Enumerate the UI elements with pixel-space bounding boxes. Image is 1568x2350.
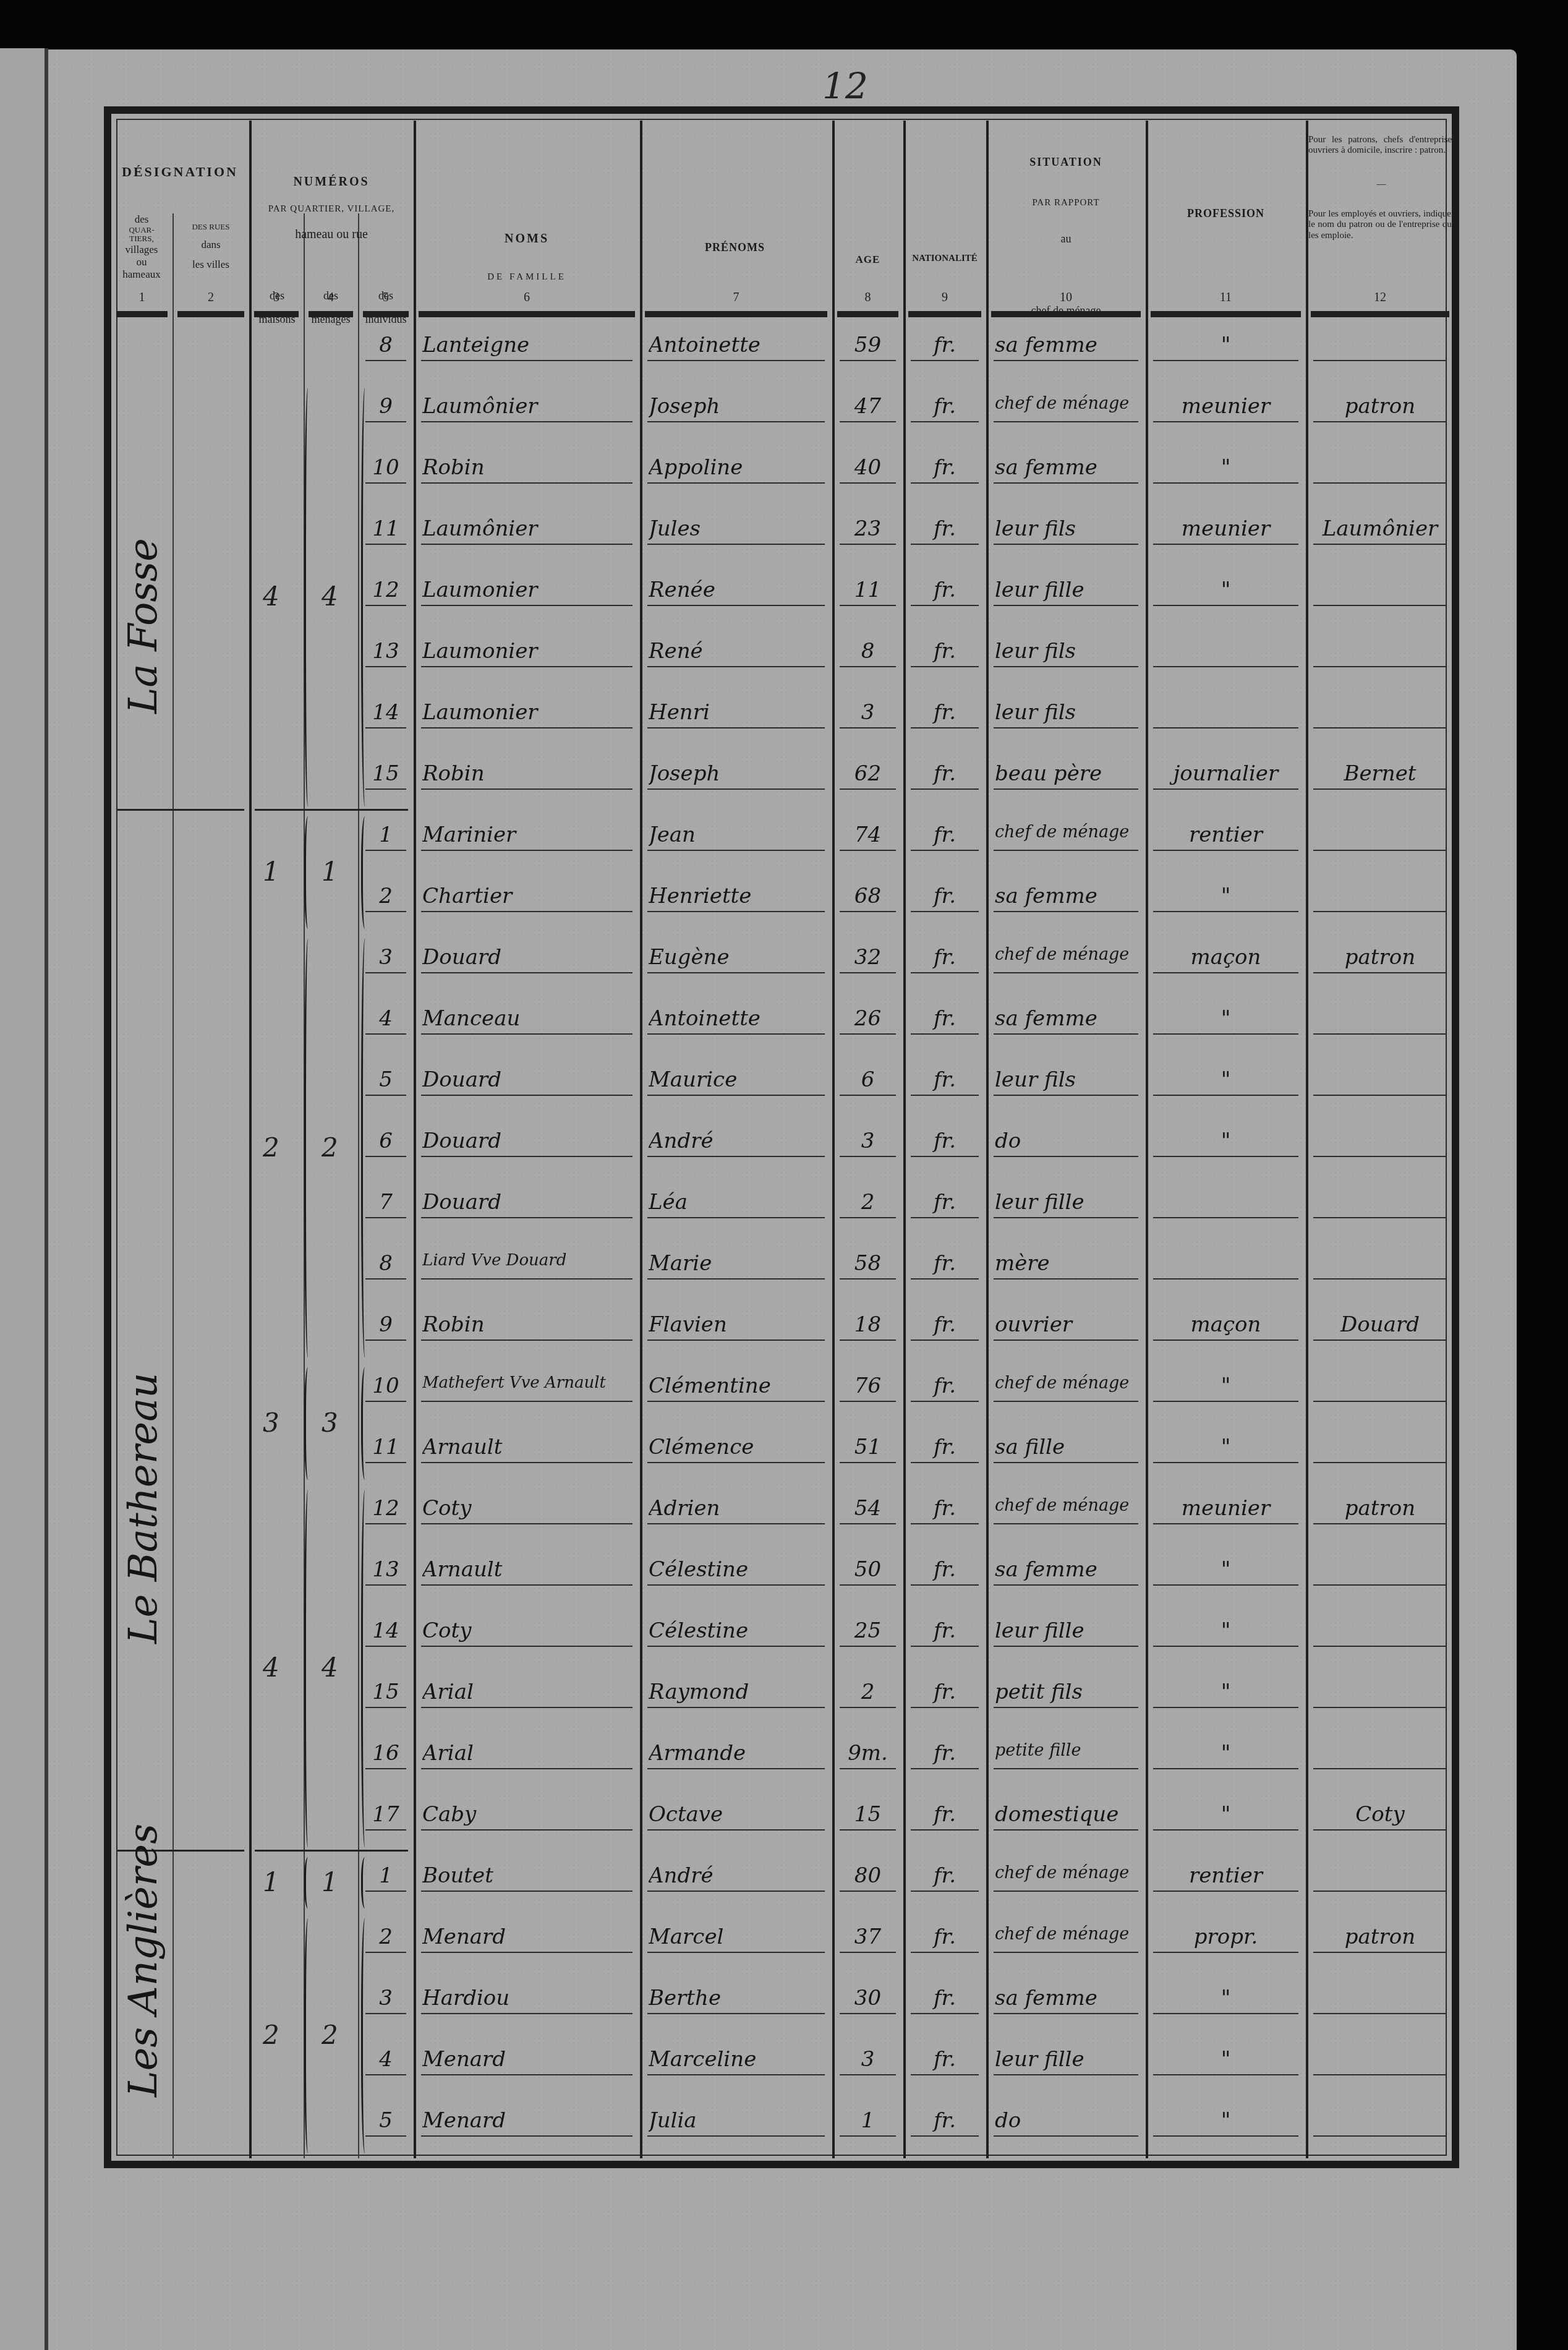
entry-line <box>647 1523 825 1524</box>
cell-prenom: Appoline <box>649 455 824 480</box>
column-number: 4 <box>304 291 358 305</box>
entry-line <box>1313 1462 1447 1463</box>
entry-line <box>1313 605 1447 606</box>
entry-line <box>911 1156 979 1157</box>
entry-line <box>1153 972 1298 973</box>
cell-n: 13 <box>367 639 405 664</box>
cell-nom: Douard <box>422 945 631 970</box>
header-numeros-sub1: PAR QUARTIER, VILLAGE, <box>250 204 412 215</box>
entry-line <box>421 1401 633 1402</box>
cell-age: 80 <box>841 1863 895 1888</box>
cell-patron: patron <box>1314 945 1446 970</box>
cell-situation: chef de ménage <box>995 945 1137 964</box>
entry-line <box>840 1278 896 1280</box>
entry-line <box>1313 2013 1447 2014</box>
cell-prenom: Octave <box>649 1802 824 1827</box>
column-rule <box>414 121 416 2158</box>
cell-nom: Arnault <box>422 1435 631 1459</box>
cell-age: 30 <box>841 1986 895 2010</box>
cell-situation: ouvrier <box>995 1312 1137 1337</box>
entry-line <box>1153 850 1298 851</box>
entry-line <box>994 1768 1138 1769</box>
cell-nat: fr. <box>912 1925 978 1949</box>
entry-line <box>365 1156 406 1157</box>
cell-nom: Arnault <box>422 1557 631 1582</box>
entry-line <box>994 1339 1138 1341</box>
cell-profession: " <box>1154 1802 1297 1827</box>
entry-line <box>647 360 825 361</box>
menages-count: 2 <box>322 2020 338 2050</box>
header-rule <box>116 311 168 317</box>
header-rule <box>363 311 409 317</box>
cell-age: 11 <box>841 578 895 602</box>
entry-line <box>421 1646 633 1647</box>
cell-nat: fr. <box>912 333 978 357</box>
entry-line <box>421 1033 633 1035</box>
cell-nat: fr. <box>912 1435 978 1459</box>
cell-profession: meunier <box>1154 1496 1297 1521</box>
entry-line <box>994 972 1138 973</box>
cell-profession: " <box>1154 1067 1297 1092</box>
cell-nat: fr. <box>912 1067 978 1092</box>
cell-age: 15 <box>841 1802 895 1827</box>
cell-nat: fr. <box>912 1680 978 1704</box>
entry-line <box>840 1707 896 1708</box>
cell-n: 8 <box>367 333 405 357</box>
entry-line <box>647 544 825 545</box>
maisons-count: 4 <box>263 581 279 612</box>
entry-line <box>840 2013 896 2014</box>
cell-nom: Arial <box>422 1680 631 1704</box>
menages-brace-icon <box>361 1918 370 2153</box>
entry-line <box>994 360 1138 361</box>
cell-profession: propr. <box>1154 1925 1297 1949</box>
cell-situation: leur fils <box>995 516 1137 541</box>
cell-n: 11 <box>367 516 405 541</box>
cell-nat: fr. <box>912 1312 978 1337</box>
cell-nom: Coty <box>422 1618 631 1643</box>
cell-prenom: Renée <box>649 578 824 602</box>
entry-line <box>840 1768 896 1769</box>
entry-line <box>365 482 406 484</box>
entry-line <box>840 1033 896 1035</box>
entry-line <box>647 2074 825 2075</box>
entry-line <box>365 1339 406 1341</box>
cell-prenom: Antoinette <box>649 333 824 357</box>
entry-line <box>1313 1156 1447 1157</box>
entry-line <box>421 666 633 667</box>
cell-profession: maçon <box>1154 945 1297 970</box>
entry-line <box>365 2013 406 2014</box>
cell-n: 14 <box>367 700 405 725</box>
cell-patron: Douard <box>1314 1312 1446 1337</box>
cell-situation: leur fille <box>995 2047 1137 2072</box>
column-rule <box>640 121 642 2158</box>
cell-situation: sa femme <box>995 1557 1137 1582</box>
column-number: 8 <box>832 291 903 305</box>
cell-age: 18 <box>841 1312 895 1337</box>
cell-age: 40 <box>841 455 895 480</box>
cell-age: 37 <box>841 1925 895 1949</box>
entry-line <box>1153 360 1298 361</box>
entry-line <box>365 972 406 973</box>
entry-line <box>1153 1523 1298 1524</box>
cell-age: 62 <box>841 761 895 786</box>
cell-nom: Laumônier <box>422 516 631 541</box>
maisons-count: 3 <box>263 1408 279 1438</box>
entry-line <box>911 972 979 973</box>
menages-count: 2 <box>322 1132 338 1163</box>
cell-situation: chef de ménage <box>995 1496 1137 1515</box>
cell-n: 5 <box>367 2108 405 2133</box>
entry-line <box>421 850 633 851</box>
cell-situation: beau père <box>995 761 1137 786</box>
cell-nat: fr. <box>912 700 978 725</box>
cell-nat: fr. <box>912 1129 978 1153</box>
cell-nom: Liard Vve Douard <box>422 1251 631 1270</box>
entry-line <box>647 1891 825 1892</box>
cell-nat: fr. <box>912 1006 978 1031</box>
entry-line <box>994 1952 1138 1953</box>
entry-line <box>911 1095 979 1096</box>
entry-line <box>911 1707 979 1708</box>
column-rule <box>358 213 359 2158</box>
entry-line <box>840 727 896 728</box>
entry-line <box>647 1339 825 1341</box>
entry-line <box>365 421 406 422</box>
entry-line <box>994 1462 1138 1463</box>
entry-line <box>1153 1401 1298 1402</box>
entry-line <box>365 1584 406 1586</box>
cell-nom: Robin <box>422 455 631 480</box>
cell-nat: fr. <box>912 1496 978 1521</box>
cell-prenom: Joseph <box>649 394 824 419</box>
cell-profession: " <box>1154 1129 1297 1153</box>
cell-prenom: René <box>649 639 824 664</box>
entry-line <box>994 1033 1138 1035</box>
entry-line <box>1313 788 1447 790</box>
entry-line <box>365 1952 406 1953</box>
entry-line <box>365 1707 406 1708</box>
entry-line <box>840 1829 896 1831</box>
entry-line <box>1153 1462 1298 1463</box>
entry-line <box>647 727 825 728</box>
entry-line <box>421 605 633 606</box>
section-separator <box>255 809 408 811</box>
cell-n: 10 <box>367 455 405 480</box>
cell-nom: Mathefert Vve Arnault <box>422 1374 631 1392</box>
entry-line <box>911 1891 979 1892</box>
cell-age: 23 <box>841 516 895 541</box>
cell-profession: " <box>1154 2047 1297 2072</box>
entry-line <box>1153 2013 1298 2014</box>
entry-line <box>840 1339 896 1341</box>
entry-line <box>994 727 1138 728</box>
header-au: au <box>986 233 1146 246</box>
cell-age: 50 <box>841 1557 895 1582</box>
place-label: La Fosse <box>121 538 166 714</box>
cell-situation: leur fils <box>995 700 1137 725</box>
entry-line <box>365 788 406 790</box>
cell-profession: journalier <box>1154 761 1297 786</box>
column-number: 6 <box>414 291 640 305</box>
entry-line <box>1153 1278 1298 1280</box>
entry-line <box>840 2074 896 2075</box>
entry-line <box>911 1584 979 1586</box>
entry-line <box>647 1646 825 1647</box>
header-nationalite: NATIONALITÉ <box>903 254 986 264</box>
cell-nat: fr. <box>912 455 978 480</box>
entry-line <box>1153 1768 1298 1769</box>
cell-n: 13 <box>367 1557 405 1582</box>
entry-line <box>647 1829 825 1831</box>
cell-situation: petite fille <box>995 1741 1137 1760</box>
entry-line <box>647 482 825 484</box>
cell-profession: " <box>1154 1618 1297 1643</box>
entry-line <box>421 911 633 912</box>
cell-prenom: Flavien <box>649 1312 824 1337</box>
entry-line <box>994 1707 1138 1708</box>
cell-nom: Marinier <box>422 822 631 847</box>
cell-n: 14 <box>367 1618 405 1643</box>
cell-age: 25 <box>841 1618 895 1643</box>
section-separator <box>117 809 244 811</box>
entry-line <box>365 1401 406 1402</box>
cell-situation: sa femme <box>995 884 1137 908</box>
cell-profession: " <box>1154 455 1297 480</box>
header-rule <box>645 311 827 317</box>
cell-patron: patron <box>1314 1496 1446 1521</box>
entry-line <box>421 2013 633 2014</box>
entry-line <box>647 1707 825 1708</box>
entry-line <box>1313 360 1447 361</box>
cell-age: 8 <box>841 639 895 664</box>
entry-line <box>421 1217 633 1218</box>
menages-brace-icon <box>361 388 370 806</box>
entry-line <box>994 482 1138 484</box>
cell-prenom: Célestine <box>649 1618 824 1643</box>
cell-age: 59 <box>841 333 895 357</box>
column-number: 9 <box>903 291 986 305</box>
entry-line <box>840 1401 896 1402</box>
cell-situation: mère <box>995 1251 1137 1276</box>
entry-line <box>840 605 896 606</box>
cell-profession: meunier <box>1154 516 1297 541</box>
header-col12-patrons: Pour les patrons, chefs d'entreprise, ou… <box>1308 135 1454 156</box>
menages-brace-icon <box>361 1490 370 1847</box>
cell-situation: sa fille <box>995 1435 1137 1459</box>
header-rule <box>908 311 981 317</box>
cell-prenom: Jules <box>649 516 824 541</box>
cell-profession: " <box>1154 1680 1297 1704</box>
entry-line <box>994 1095 1138 1096</box>
cell-nat: fr. <box>912 2108 978 2133</box>
header-rule <box>309 311 353 317</box>
cell-prenom: Clémentine <box>649 1374 824 1398</box>
cell-nom: Coty <box>422 1496 631 1521</box>
entry-line <box>994 788 1138 790</box>
cell-age: 2 <box>841 1680 895 1704</box>
entry-line <box>840 1462 896 1463</box>
entry-line <box>1153 1646 1298 1647</box>
cell-prenom: André <box>649 1129 824 1153</box>
entry-line <box>647 788 825 790</box>
entry-line <box>911 1217 979 1218</box>
maisons-brace-icon <box>304 939 313 1357</box>
entry-line <box>421 360 633 361</box>
entry-line <box>911 1952 979 1953</box>
cell-situation: chef de ménage <box>995 1925 1137 1944</box>
cell-nom: Chartier <box>422 884 631 908</box>
cell-prenom: Jean <box>649 822 824 847</box>
cell-profession: meunier <box>1154 394 1297 419</box>
entry-line <box>840 1523 896 1524</box>
header-noms: NOMS <box>414 232 640 246</box>
entry-line <box>911 1401 979 1402</box>
cell-age: 26 <box>841 1006 895 1031</box>
cell-profession: maçon <box>1154 1312 1297 1337</box>
cell-situation: sa femme <box>995 1986 1137 2010</box>
column-rule <box>832 121 835 2158</box>
cell-n: 12 <box>367 1496 405 1521</box>
cell-nat: fr. <box>912 1986 978 2010</box>
cell-prenom: Raymond <box>649 1680 824 1704</box>
cell-situation: do <box>995 1129 1137 1153</box>
entry-line <box>1153 788 1298 790</box>
entry-line <box>994 911 1138 912</box>
column-rule <box>1306 121 1308 2158</box>
entry-line <box>994 2013 1138 2014</box>
entry-line <box>1153 544 1298 545</box>
entry-line <box>994 1584 1138 1586</box>
cell-profession: " <box>1154 1986 1297 2010</box>
entry-line <box>911 605 979 606</box>
entry-line <box>911 727 979 728</box>
cell-age: 32 <box>841 945 895 970</box>
cell-situation: chef de ménage <box>995 1374 1137 1393</box>
cell-n: 2 <box>367 1925 405 1949</box>
entry-line <box>647 666 825 667</box>
cell-situation: leur fille <box>995 1618 1137 1643</box>
entry-line <box>840 850 896 851</box>
cell-n: 15 <box>367 761 405 786</box>
cell-profession: " <box>1154 2108 1297 2133</box>
cell-profession: " <box>1154 578 1297 602</box>
entry-line <box>911 2135 979 2137</box>
entry-line <box>911 360 979 361</box>
entry-line <box>1313 972 1447 973</box>
entry-line <box>1313 1707 1447 1708</box>
entry-line <box>647 1278 825 1280</box>
cell-nat: fr. <box>912 761 978 786</box>
entry-line <box>421 1952 633 1953</box>
cell-patron: Bernet <box>1314 761 1446 786</box>
entry-line <box>1153 1339 1298 1341</box>
cell-n: 17 <box>367 1802 405 1827</box>
entry-line <box>911 1033 979 1035</box>
entry-line <box>1313 1646 1447 1647</box>
header-par-rapport: PAR RAPPORT <box>986 198 1146 208</box>
cell-nat: fr. <box>912 1741 978 1766</box>
entry-line <box>365 850 406 851</box>
maisons-count: 1 <box>263 857 279 887</box>
facing-page-edge <box>0 48 48 2350</box>
entry-line <box>1313 850 1447 851</box>
column-number: 1 <box>111 291 173 305</box>
entry-line <box>911 1523 979 1524</box>
cell-prenom: Marie <box>649 1251 824 1276</box>
entry-line <box>365 1523 406 1524</box>
column-rule <box>1146 121 1148 2158</box>
cell-nat: fr. <box>912 1618 978 1643</box>
entry-line <box>365 1829 406 1831</box>
header-rule <box>991 311 1141 317</box>
cell-prenom: Henri <box>649 700 824 725</box>
cell-nom: Menard <box>422 1925 631 1949</box>
maisons-count: 4 <box>263 1652 279 1683</box>
entry-line <box>647 1768 825 1769</box>
cell-situation: domestique <box>995 1802 1137 1827</box>
cell-profession: " <box>1154 1435 1297 1459</box>
entry-line <box>1313 482 1447 484</box>
cell-nat: fr. <box>912 1190 978 1215</box>
entry-line <box>994 1829 1138 1831</box>
cell-n: 2 <box>367 884 405 908</box>
entry-line <box>840 482 896 484</box>
cell-nom: Lanteigne <box>422 333 631 357</box>
cell-prenom: Julia <box>649 2108 824 2133</box>
entry-line <box>421 421 633 422</box>
entry-line <box>994 1156 1138 1157</box>
cell-age: 3 <box>841 2047 895 2072</box>
cell-situation: petit fils <box>995 1680 1137 1704</box>
entry-line <box>840 1095 896 1096</box>
maisons-brace-icon <box>304 1490 313 1847</box>
cell-n: 10 <box>367 1374 405 1398</box>
cell-nat: fr. <box>912 578 978 602</box>
entry-line <box>1153 1952 1298 1953</box>
entry-line <box>1313 727 1447 728</box>
entry-line <box>994 1646 1138 1647</box>
cell-age: 6 <box>841 1067 895 1092</box>
header-age: AGE <box>832 254 903 266</box>
maisons-brace-icon <box>304 1857 313 1908</box>
entry-line <box>647 2135 825 2137</box>
place-label: Le Bathereau <box>121 1373 166 1644</box>
entry-line <box>1313 1584 1447 1586</box>
cell-prenom: Marcel <box>649 1925 824 1949</box>
header-rule <box>177 311 244 317</box>
entry-line <box>1153 482 1298 484</box>
entry-line <box>1313 666 1447 667</box>
cell-n: 15 <box>367 1680 405 1704</box>
entry-line <box>1313 1095 1447 1096</box>
cell-nom: Laumonier <box>422 700 631 725</box>
cell-prenom: Marceline <box>649 2047 824 2072</box>
menages-brace-icon <box>361 1367 370 1480</box>
entry-line <box>840 1891 896 1892</box>
cell-age: 47 <box>841 394 895 419</box>
column-number: 12 <box>1306 291 1454 305</box>
entry-line <box>994 1401 1138 1402</box>
entry-line <box>365 1768 406 1769</box>
cell-situation: sa femme <box>995 333 1137 357</box>
header-numeros-sub2: hameau ou rue <box>250 228 412 242</box>
entry-line <box>840 1156 896 1157</box>
header-numeros: NUMÉROS <box>250 175 412 189</box>
cell-age: 3 <box>841 1129 895 1153</box>
entry-line <box>421 1339 633 1341</box>
